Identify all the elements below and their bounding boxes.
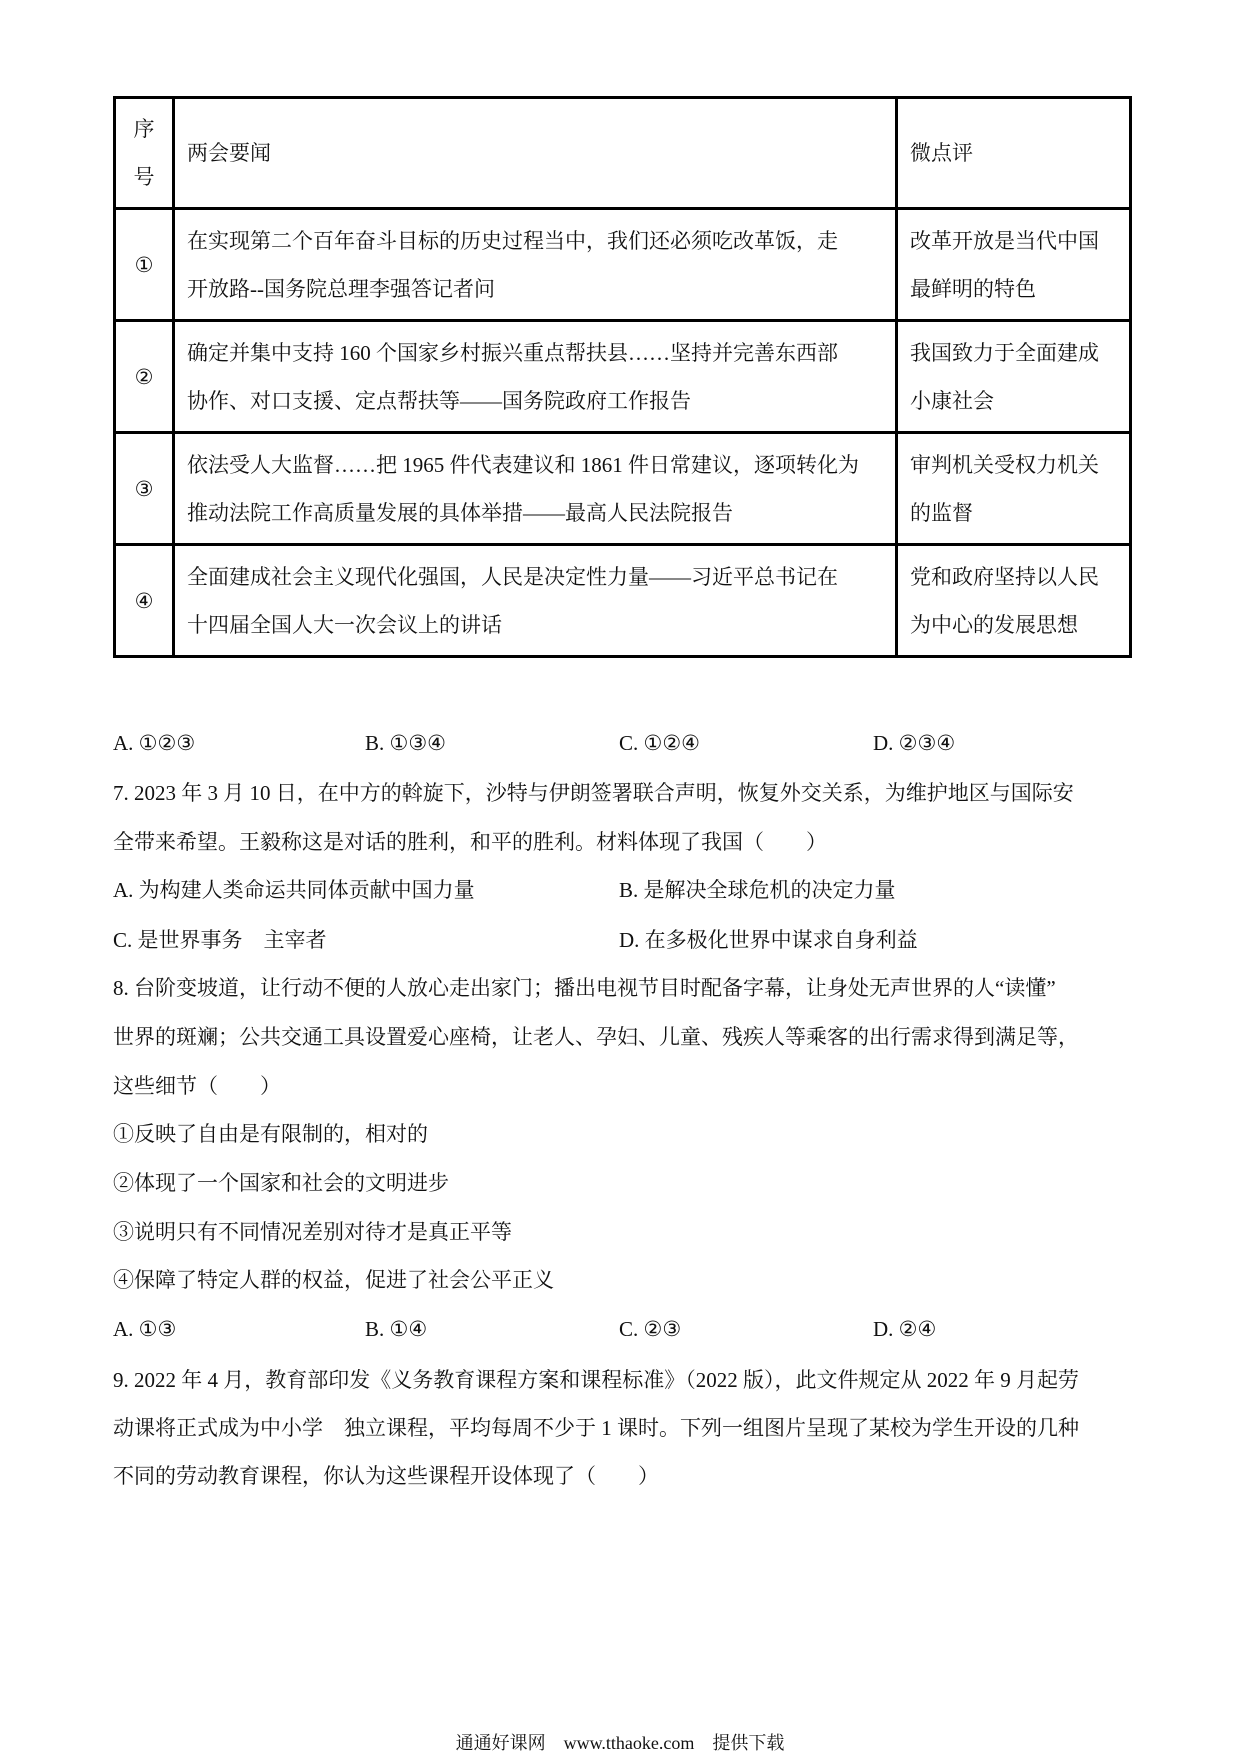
q8-stem-line2: 世界的斑斓；公共交通工具设置爱心座椅，让老人、孕妇、儿童、残疾人等乘客的出行需求… [113, 1023, 1079, 1051]
news-line: 依法受人大监督……把 1965 件代表建议和 1861 件日常建议，逐项转化为 [187, 441, 895, 489]
table-row: ① 在实现第二个百年奋斗目标的历史过程当中，我们还必须吃改革饭，走 开放路--国… [115, 209, 1131, 321]
header-seq: 序 号 [115, 98, 174, 209]
q8-statement-2: ②体现了一个国家和社会的文明进步 [113, 1169, 449, 1197]
news-line: 推动法院工作高质量发展的具体举措——最高人民法院报告 [187, 489, 895, 537]
row-number: ④ [115, 545, 174, 657]
q9-stem-line3: 不同的劳动教育课程，你认为这些课程开设体现了（ ） [113, 1462, 659, 1490]
q8-option-b: B. ①④ [365, 1315, 427, 1343]
q7-stem-line1: 7. 2023 年 3 月 10 日，在中方的斡旋下，沙特与伊朗签署联合声明，恢… [113, 779, 1074, 807]
news-line: 十四届全国人大一次会议上的讲话 [187, 601, 895, 649]
row-news: 全面建成社会主义现代化强国，人民是决定性力量——习近平总书记在 十四届全国人大一… [174, 545, 897, 657]
comment-line: 最鲜明的特色 [910, 265, 1129, 313]
row-news: 确定并集中支持 160 个国家乡村振兴重点帮扶县……坚持并完善东西部 协作、对口… [174, 321, 897, 433]
comment-line: 我国致力于全面建成 [910, 329, 1129, 377]
q7-option-c: C. 是世界事务 主宰者 [113, 926, 327, 954]
page-footer: 通通好课网 www.tthaoke.com 提供下载 [0, 1730, 1240, 1754]
row-news: 在实现第二个百年奋斗目标的历史过程当中，我们还必须吃改革饭，走 开放路--国务院… [174, 209, 897, 321]
q6-option-d: D. ②③④ [873, 729, 955, 757]
news-line: 确定并集中支持 160 个国家乡村振兴重点帮扶县……坚持并完善东西部 [187, 329, 895, 377]
header-news: 两会要闻 [174, 98, 897, 209]
q6-option-c: C. ①②④ [619, 729, 700, 757]
row-news: 依法受人大监督……把 1965 件代表建议和 1861 件日常建议，逐项转化为 … [174, 433, 897, 545]
row-comment: 党和政府坚持以人民 为中心的发展思想 [897, 545, 1131, 657]
row-number: ① [115, 209, 174, 321]
header-comment: 微点评 [897, 98, 1131, 209]
q7-option-a: A. 为构建人类命运共同体贡献中国力量 [113, 876, 475, 904]
row-comment: 我国致力于全面建成 小康社会 [897, 321, 1131, 433]
comment-line: 的监督 [910, 489, 1129, 537]
comment-line: 党和政府坚持以人民 [910, 553, 1129, 601]
comment-line: 改革开放是当代中国 [910, 217, 1129, 265]
q8-option-a: A. ①③ [113, 1315, 176, 1343]
row-number: ② [115, 321, 174, 433]
row-comment: 审判机关受权力机关 的监督 [897, 433, 1131, 545]
news-table: 序 号 两会要闻 微点评 ① 在实现第二个百年奋斗目标的历史过程当中，我们还必须… [113, 96, 1132, 658]
row-comment: 改革开放是当代中国 最鲜明的特色 [897, 209, 1131, 321]
q8-option-c: C. ②③ [619, 1315, 681, 1343]
row-number: ③ [115, 433, 174, 545]
q8-option-d: D. ②④ [873, 1315, 936, 1343]
q9-stem-line2: 动课将正式成为中小学 独立课程，平均每周不少于 1 课时。下列一组图片呈现了某校… [113, 1414, 1079, 1442]
q7-stem-line2: 全带来希望。王毅称这是对话的胜利，和平的胜利。材料体现了我国（ ） [113, 828, 827, 856]
q8-statement-4: ④保障了特定人群的权益，促进了社会公平正义 [113, 1266, 554, 1294]
header-seq-line1: 序 [116, 105, 172, 153]
q7-option-b: B. 是解决全球危机的决定力量 [619, 876, 896, 904]
q6-option-b: B. ①③④ [365, 729, 446, 757]
q7-option-d: D. 在多极化世界中谋求自身利益 [619, 926, 918, 954]
news-line: 全面建成社会主义现代化强国，人民是决定性力量——习近平总书记在 [187, 553, 895, 601]
q8-statement-1: ①反映了自由是有限制的，相对的 [113, 1120, 428, 1148]
table-row: ④ 全面建成社会主义现代化强国，人民是决定性力量——习近平总书记在 十四届全国人… [115, 545, 1131, 657]
q8-stem-line3: 这些细节（ ） [113, 1072, 281, 1100]
comment-line: 为中心的发展思想 [910, 601, 1129, 649]
comment-line: 审判机关受权力机关 [910, 441, 1129, 489]
table-row: ② 确定并集中支持 160 个国家乡村振兴重点帮扶县……坚持并完善东西部 协作、… [115, 321, 1131, 433]
table-row: ③ 依法受人大监督……把 1965 件代表建议和 1861 件日常建议，逐项转化… [115, 433, 1131, 545]
header-seq-line2: 号 [116, 153, 172, 201]
table-header-row: 序 号 两会要闻 微点评 [115, 98, 1131, 209]
news-line: 开放路--国务院总理李强答记者问 [187, 265, 895, 313]
q8-stem-line1: 8. 台阶变坡道，让行动不便的人放心走出家门；播出电视节目时配备字幕，让身处无声… [113, 974, 1056, 1002]
q6-option-a: A. ①②③ [113, 729, 195, 757]
q9-stem-line1: 9. 2022 年 4 月，教育部印发《义务教育课程方案和课程标准》（2022 … [113, 1366, 1079, 1394]
q8-statement-3: ③说明只有不同情况差别对待才是真正平等 [113, 1218, 512, 1246]
news-line: 在实现第二个百年奋斗目标的历史过程当中，我们还必须吃改革饭，走 [187, 217, 895, 265]
news-line: 协作、对口支援、定点帮扶等——国务院政府工作报告 [187, 377, 895, 425]
comment-line: 小康社会 [910, 377, 1129, 425]
